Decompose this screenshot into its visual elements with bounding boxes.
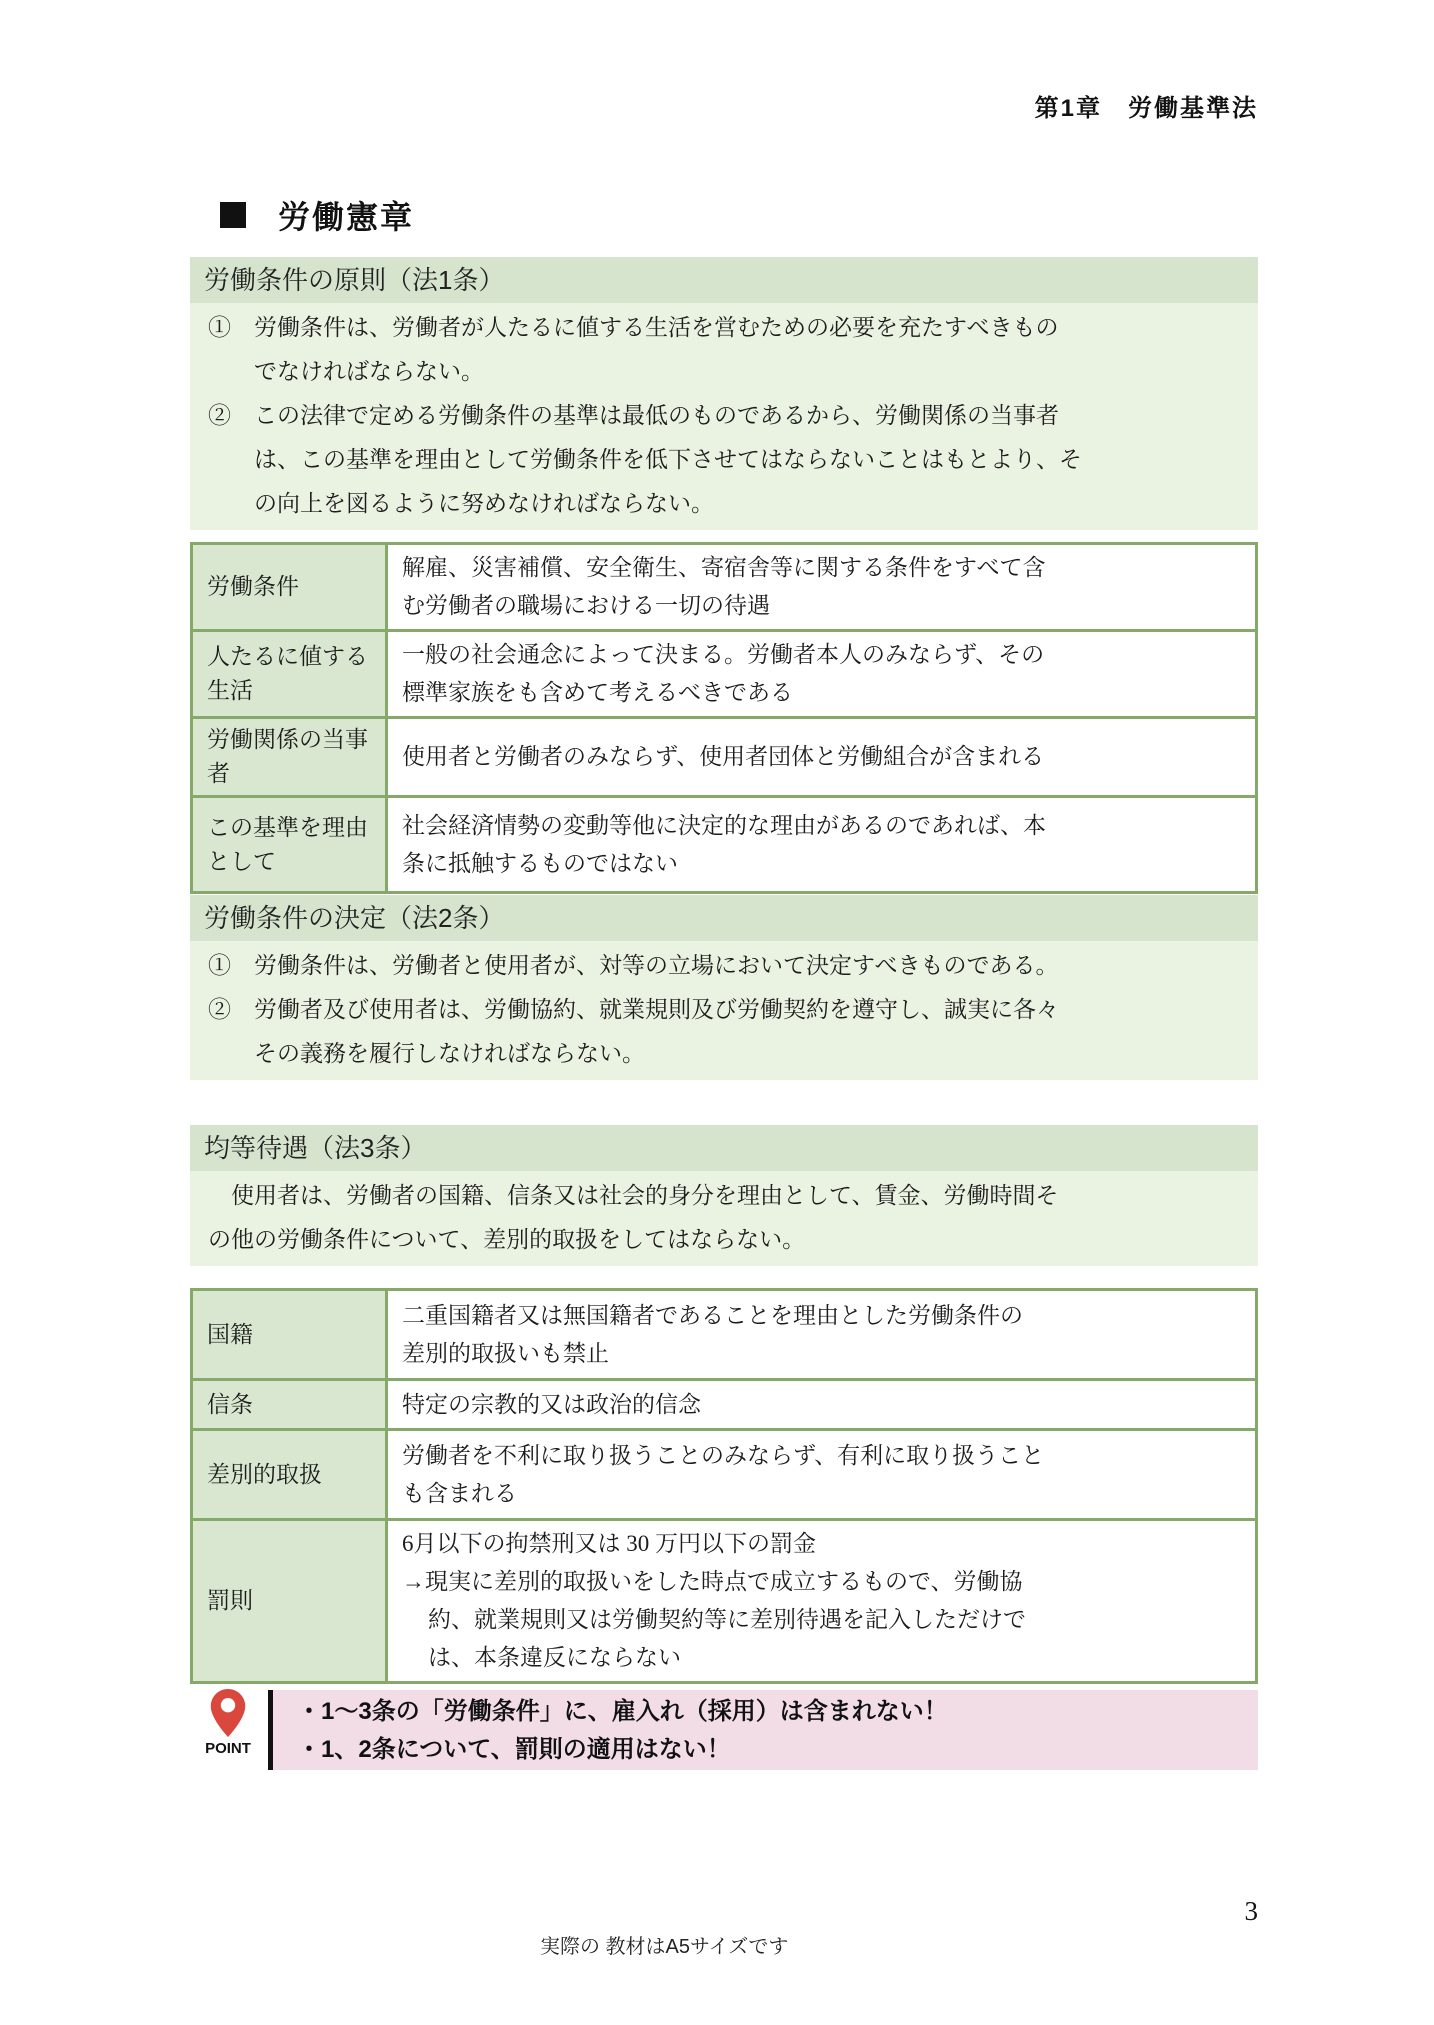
row-label: 人たるに値する生活	[192, 631, 387, 718]
section-law2-body: ① 労働条件は、労働者と使用者が、対等の立場において決定すべきものである。 ② …	[190, 941, 1258, 1080]
footer-note: 実際の 教材はA5サイズです	[540, 1930, 788, 1959]
cell-text-line: む労働者の職場における一切の待遇	[402, 587, 1245, 625]
cell-text-line: 解雇、災害補償、安全衛生、寄宿舎等に関する条件をすべて含	[402, 549, 1245, 587]
section-law1-principle: 労働条件の原則（法1条） ① 労働条件は、労働者が人たるに値する生活を営むための…	[190, 257, 1258, 530]
cell-text-line: →現実に差別的取扱いをした時点で成立するもので、労働協	[402, 1563, 1245, 1601]
law-text-line: は、この基準を理由として労働条件を低下させてはならないことはもとより、そ	[208, 438, 1248, 482]
page-title-text: 労働憲章	[278, 199, 414, 235]
row-content: 解雇、災害補償、安全衛生、寄宿舎等に関する条件をすべて含 む労働者の職場における…	[387, 544, 1257, 631]
law-text-line: ② この法律で定める労働条件の基準は最低のものであるから、労働関係の当事者	[208, 394, 1248, 438]
row-label: この基準を理由として	[192, 797, 387, 893]
row-content: 一般の社会通念によって決まる。労働者本人のみならず、その 標準家族をも含めて考え…	[387, 631, 1257, 718]
row-label: 罰則	[192, 1520, 387, 1683]
cell-text-line: 特定の宗教的又は政治的信念	[402, 1386, 1245, 1424]
row-label: 差別的取扱	[192, 1430, 387, 1520]
cell-text-line: も含まれる	[402, 1475, 1245, 1513]
table-row: 労働関係の当事者 使用者と労働者のみならず、使用者団体と労働組合が含まれる	[192, 718, 1257, 797]
table-row: 差別的取扱 労働者を不利に取り扱うことのみならず、有利に取り扱うこと も含まれる	[192, 1430, 1257, 1520]
row-label: 労働条件	[192, 544, 387, 631]
table-row: この基準を理由として 社会経済情勢の変動等他に決定的な理由があるのであれば、本 …	[192, 797, 1257, 893]
row-content: 6月以下の拘禁刑又は 30 万円以下の罰金 →現実に差別的取扱いをした時点で成立…	[387, 1520, 1257, 1683]
point-box: ・1～3条の「労働条件」に、雇入れ（採用）は含まれない！ ・1、2条について、罰…	[268, 1690, 1258, 1770]
cell-text-line: 一般の社会通念によって決まる。労働者本人のみならず、その	[402, 636, 1245, 674]
law-text-line: ① 労働条件は、労働者と使用者が、対等の立場において決定すべきものである。	[208, 944, 1248, 988]
section-law3-body: 使用者は、労働者の国籍、信条又は社会的身分を理由として、賃金、労働時間そ の他の…	[190, 1171, 1258, 1266]
section-law3-equal-treatment: 均等待遇（法3条） 使用者は、労働者の国籍、信条又は社会的身分を理由として、賃金…	[190, 1125, 1258, 1266]
title-bullet-icon	[220, 202, 246, 228]
row-label: 国籍	[192, 1290, 387, 1380]
row-content: 二重国籍者又は無国籍者であることを理由とした労働条件の 差別的取扱いも禁止	[387, 1290, 1257, 1380]
row-content: 特定の宗教的又は政治的信念	[387, 1380, 1257, 1430]
cell-text-line: 社会経済情勢の変動等他に決定的な理由があるのであれば、本	[402, 807, 1245, 845]
row-label: 信条	[192, 1380, 387, 1430]
table-row: 罰則 6月以下の拘禁刑又は 30 万円以下の罰金 →現実に差別的取扱いをした時点…	[192, 1520, 1257, 1683]
cell-text-line: 約、就業規則又は労働契約等に差別待遇を記入しただけで	[402, 1601, 1245, 1639]
table-row: 国籍 二重国籍者又は無国籍者であることを理由とした労働条件の 差別的取扱いも禁止	[192, 1290, 1257, 1380]
table-row: 人たるに値する生活 一般の社会通念によって決まる。労働者本人のみならず、その 標…	[192, 631, 1257, 718]
definitions-table-law3: 国籍 二重国籍者又は無国籍者であることを理由とした労働条件の 差別的取扱いも禁止…	[190, 1288, 1258, 1684]
law-text-line: 使用者は、労働者の国籍、信条又は社会的身分を理由として、賃金、労働時間そ	[208, 1174, 1248, 1218]
section-law3-heading: 均等待遇（法3条）	[190, 1125, 1258, 1171]
row-label: 労働関係の当事者	[192, 718, 387, 797]
map-pin-icon	[210, 1688, 246, 1738]
chapter-header: 第1章 労働基準法	[1035, 88, 1258, 123]
cell-text-line: 使用者と労働者のみならず、使用者団体と労働組合が含まれる	[402, 738, 1245, 776]
point-text-line: ・1、2条について、罰則の適用はない！	[297, 1731, 1258, 1769]
page-title: 労働憲章	[220, 192, 414, 232]
cell-text-line: 条に抵触するものではない	[402, 845, 1245, 883]
law-text-line: でなければならない。	[208, 350, 1248, 394]
section-law2-decision: 労働条件の決定（法2条） ① 労働条件は、労働者と使用者が、対等の立場において決…	[190, 895, 1258, 1080]
law-text-line: その義務を履行しなければならない。	[208, 1032, 1248, 1076]
law-text-line: の向上を図るように努めなければならない。	[208, 482, 1248, 526]
point-pin-icon: POINT	[198, 1688, 258, 1757]
section-law1-body: ① 労働条件は、労働者が人たるに値する生活を営むための必要を充たすべきもの でな…	[190, 303, 1258, 530]
point-callout: POINT ・1～3条の「労働条件」に、雇入れ（採用）は含まれない！ ・1、2条…	[190, 1688, 1258, 1772]
point-icon-label: POINT	[198, 1740, 258, 1757]
table-row: 信条 特定の宗教的又は政治的信念	[192, 1380, 1257, 1430]
table-row: 労働条件 解雇、災害補償、安全衛生、寄宿舎等に関する条件をすべて含 む労働者の職…	[192, 544, 1257, 631]
section-law1-heading: 労働条件の原則（法1条）	[190, 257, 1258, 303]
cell-text-line: 労働者を不利に取り扱うことのみならず、有利に取り扱うこと	[402, 1437, 1245, 1475]
section-law2-heading: 労働条件の決定（法2条）	[190, 895, 1258, 941]
law-text-line: の他の労働条件について、差別的取扱をしてはならない。	[208, 1218, 1248, 1262]
row-content: 使用者と労働者のみならず、使用者団体と労働組合が含まれる	[387, 718, 1257, 797]
cell-text-line: は、本条違反にならない	[402, 1639, 1245, 1677]
document-page: 第1章 労働基準法 労働憲章 労働条件の原則（法1条） ① 労働条件は、労働者が…	[0, 0, 1434, 2025]
row-content: 労働者を不利に取り扱うことのみならず、有利に取り扱うこと も含まれる	[387, 1430, 1257, 1520]
law-text-line: ① 労働条件は、労働者が人たるに値する生活を営むための必要を充たすべきもの	[208, 306, 1248, 350]
page-number: 3	[1245, 1896, 1259, 1927]
point-text-line: ・1～3条の「労働条件」に、雇入れ（採用）は含まれない！	[297, 1693, 1258, 1731]
law-text-line: ② 労働者及び使用者は、労働協約、就業規則及び労働契約を遵守し、誠実に各々	[208, 988, 1248, 1032]
row-content: 社会経済情勢の変動等他に決定的な理由があるのであれば、本 条に抵触するものではな…	[387, 797, 1257, 893]
cell-text-line: 標準家族をも含めて考えるべきである	[402, 674, 1245, 712]
definitions-table-law1: 労働条件 解雇、災害補償、安全衛生、寄宿舎等に関する条件をすべて含 む労働者の職…	[190, 542, 1258, 894]
cell-text-line: 二重国籍者又は無国籍者であることを理由とした労働条件の	[402, 1297, 1245, 1335]
cell-text-line: 差別的取扱いも禁止	[402, 1335, 1245, 1373]
cell-text-line: 6月以下の拘禁刑又は 30 万円以下の罰金	[402, 1525, 1245, 1563]
